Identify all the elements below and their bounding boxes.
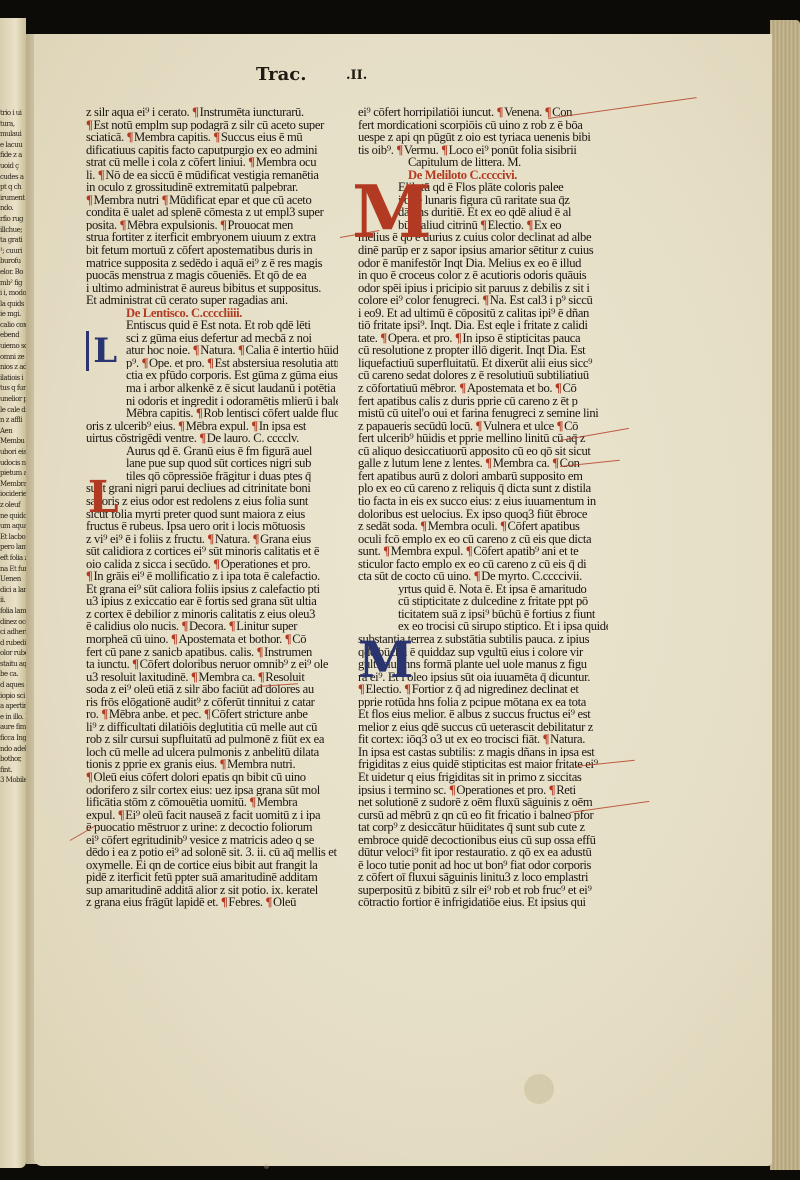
pilcrow-icon: ¶ xyxy=(258,671,264,684)
text-line: i eo9. Et ad ultimū ē cōpositū z calitas… xyxy=(358,307,608,320)
facing-page-fragment: calio cox xyxy=(0,320,26,331)
facing-page-fragment: 3 Mobilez xyxy=(0,775,26,786)
pilcrow-icon: ¶ xyxy=(192,106,198,119)
pilcrow-icon: ¶ xyxy=(178,420,184,433)
text-line: in quo ē croceus color z ē acutioris odo… xyxy=(358,269,608,282)
text-line: In ipsa est castas subtilis: z magis dña… xyxy=(358,746,608,759)
pilcrow-icon: ¶ xyxy=(557,420,563,433)
text-line: z cortex ē debilior z minoris calitatis … xyxy=(86,608,338,621)
pilcrow-icon: ¶ xyxy=(474,570,480,583)
pilcrow-icon: ¶ xyxy=(257,646,263,659)
text-line: u3 resoluit laxitudinē. ¶Membra ca. ¶Res… xyxy=(86,671,338,684)
text-line: Et administrat cū cerato super ragadias … xyxy=(86,294,338,307)
text-line: embroce quidē decoctionibus eius cū sup … xyxy=(358,834,608,847)
text-line: z cōfortatiuū mēbror. ¶Apostemata et bo.… xyxy=(358,382,608,395)
pilcrow-icon: ¶ xyxy=(396,144,402,157)
initial-M-meliloto: M xyxy=(352,169,396,255)
pilcrow-icon: ¶ xyxy=(383,545,389,558)
text-line: morpheā cū uino. ¶Apostemata et bothor. … xyxy=(86,633,338,646)
text-line: z grana eius frāgūt lapidē et. ¶Febres. … xyxy=(86,896,338,909)
text-line: tis oib⁹. ¶Vermu. ¶Loco ei⁹ ponūt folia … xyxy=(358,144,608,157)
text-line: ¶Oleū eius cōfert dolori epatis qn bibit… xyxy=(86,771,338,784)
facing-page-fragment: folia lam xyxy=(0,606,26,617)
facing-page-fragment: uiemo sq xyxy=(0,341,26,352)
facing-page-fragment: le cale di xyxy=(0,405,26,416)
text-line: ticitatem suā z ipsi⁹ būchū ē fortius z … xyxy=(358,608,608,621)
text-line: ē puocatio mēstruor z urine: z decoctio … xyxy=(86,821,338,834)
text-line: expul. ¶Ei⁹ oleū facit nauseā z facit uo… xyxy=(86,809,338,822)
pilcrow-icon: ¶ xyxy=(221,896,227,909)
stain-spot xyxy=(524,1074,554,1104)
text-line: fert apatibus calis z duris pprie cū car… xyxy=(358,395,608,408)
text-line: in oculo z grossitudinē extremitatū palp… xyxy=(86,181,338,194)
text-line: ¶Membra nutri ¶Mūdificat epar et que cū … xyxy=(86,194,338,207)
text-line: melior z eius qdē succus cū ueterascit d… xyxy=(358,721,608,734)
pilcrow-icon: ¶ xyxy=(86,194,92,207)
facing-page-fragment: unelior p xyxy=(0,394,26,405)
text-line: loch cū melle ad ulcera pulmonis z anbel… xyxy=(86,746,338,759)
facing-page-fragment: ii. xyxy=(0,595,26,606)
facing-page-fragment: aure fim xyxy=(0,722,26,733)
facing-page-fragment: fint. xyxy=(0,765,26,776)
text-line: ma i arbor alkenkē z ē sicut laudanū i p… xyxy=(86,382,338,395)
facing-page-fragment: ndo. xyxy=(0,203,26,214)
text-line: ipsius i termino sc. ¶Operationes et pro… xyxy=(358,784,608,797)
facing-page-fragment: d rubedin xyxy=(0,638,26,649)
text-line: puocās menstrua z magis cōueniēs. Et qō … xyxy=(86,269,338,282)
text-line: z sedāt soda. ¶Membra oculi. ¶Cōfert apa… xyxy=(358,520,608,533)
text-line: rob z silr cursui supfluitatū ad pulmonē… xyxy=(86,733,338,746)
pilcrow-icon: ¶ xyxy=(132,658,138,671)
facing-page-fragment: la quids xyxy=(0,299,26,310)
facing-page-fragment: ficca Inge xyxy=(0,733,26,744)
facing-page-fragment: fide z a xyxy=(0,150,26,161)
facing-page-fragment: eft folia z xyxy=(0,553,26,564)
pilcrow-icon: ¶ xyxy=(118,809,124,822)
text-line: ctia ex pfūdo corporis. Est gūma z gūma … xyxy=(86,369,338,382)
text-line: posita. ¶Mēbra expulsionis. ¶Prouocat me… xyxy=(86,219,338,232)
facing-page-fragment: ne quidon xyxy=(0,511,26,522)
pilcrow-icon: ¶ xyxy=(420,520,426,533)
facing-page-fragment: na Et fur xyxy=(0,564,26,575)
pilcrow-icon: ¶ xyxy=(127,131,133,144)
facing-page-fragment: illchue; xyxy=(0,225,26,236)
pilcrow-icon: ¶ xyxy=(142,357,148,370)
facing-page-fragment: mulaui xyxy=(0,129,26,140)
pilcrow-icon: ¶ xyxy=(86,570,92,583)
text-line: sup amaritudinē additā alior z sit potio… xyxy=(86,884,338,897)
running-title: Trac. xyxy=(256,64,306,85)
facing-page-fragment: um aqua xyxy=(0,521,26,532)
pilcrow-icon: ¶ xyxy=(549,784,555,797)
facing-page-fragment: a apertin xyxy=(0,701,26,712)
text-line: superpositū z bibitū z silr ei⁹ rob et r… xyxy=(358,884,608,897)
text-line: Aurus qd ē. Granū eius ē fm figurā auel xyxy=(86,445,338,458)
initial-L-lentisco: L xyxy=(86,331,121,371)
pilcrow-icon: ¶ xyxy=(248,156,254,169)
pilcrow-icon: ¶ xyxy=(459,382,465,395)
text-line: plo ex eo cū careno z reliquis q̄ dicta … xyxy=(358,482,608,495)
text-line: dēdo i ea z potio ei⁹ ad solonē sit. 3. … xyxy=(86,846,338,859)
text-line: tate. ¶Opera. et pro. ¶In ipso ē stiptic… xyxy=(358,332,608,345)
facing-page-fragment: ci adheri xyxy=(0,627,26,638)
text-line: z cōfert oī fluxui sāguinis linitu3 z lo… xyxy=(358,871,608,884)
pilcrow-icon: ¶ xyxy=(181,620,187,633)
facing-page-fragment: olor ruber xyxy=(0,648,26,659)
text-line: uespe z api qn pūgūt z oio est tyriaca u… xyxy=(358,131,608,144)
text-line: condita ē ualet ad splenē cōmesta z ut e… xyxy=(86,206,338,219)
text-line: li⁹ z difficultati dilatiōis deglutitia … xyxy=(86,721,338,734)
text-line: sunt grani nigri parui decliues ad citri… xyxy=(86,482,338,495)
pilcrow-icon: ¶ xyxy=(441,144,447,157)
text-line: cū aliquo desiccatiuorū apposito cū eo q… xyxy=(358,445,608,458)
left-page-text-fragments: trio i uitura,mulauie lacuufide z auoid … xyxy=(0,108,26,786)
text-line: fructus ē rubeus. Ipsa uero orit i locis… xyxy=(86,520,338,533)
text-line: doloribus est uelocius. Ex ipso quoq3 fi… xyxy=(358,508,608,521)
text-line: lificātia stōm z cōmouētia uomitū. ¶Memb… xyxy=(86,796,338,809)
text-line: sūt calidiora z cortices ei⁹ sūt minoris… xyxy=(86,545,338,558)
text-line: matrice supposita z sedēdo i aquā ei⁹ z … xyxy=(86,257,338,270)
text-line: ¶Est notū emplm sup podagrā z silr cū ac… xyxy=(86,119,338,132)
facing-page-fragment: Membra a xyxy=(0,479,26,490)
facing-page-fragment: irument xyxy=(0,193,26,204)
pilcrow-icon: ¶ xyxy=(455,332,461,345)
facing-page-fragment: tura, xyxy=(0,119,26,130)
text-line: i ultimo administrat ē aureus bibitus et… xyxy=(86,282,338,295)
text-line: ¶In grāis ei⁹ ē mollificatio z i ipa tot… xyxy=(86,570,338,583)
text-line: Mēbra capitis. ¶Rob lentisci cōfert uald… xyxy=(86,407,338,420)
pilcrow-icon: ¶ xyxy=(485,457,491,470)
text-line: cursū ad mēbrū z qn cū eo fit fricatio i… xyxy=(358,809,608,822)
pilcrow-icon: ¶ xyxy=(162,194,168,207)
pilcrow-icon: ¶ xyxy=(101,708,107,721)
text-line: pprie rotūda hns folia z pcipue mōtana e… xyxy=(358,696,608,709)
text-line: liquefactiuū superfluitatū. Et dixerūt a… xyxy=(358,357,608,370)
facing-page-fragment: d aques be xyxy=(0,680,26,691)
pilcrow-icon: ¶ xyxy=(266,896,272,909)
facing-page-fragment: ilatiois i xyxy=(0,373,26,384)
text-line: sticulor facto emplo ex eo cū careno z c… xyxy=(358,558,608,571)
running-header: Trac. .II. xyxy=(256,64,306,85)
initial-M-myrto: M xyxy=(358,631,396,689)
text-line: dificatiuus capitis facto caputpurgio ex… xyxy=(86,144,338,157)
text-line: fit cortex: iōq3 o3 ut ex eo trocisci fi… xyxy=(358,733,608,746)
pilcrow-icon: ¶ xyxy=(229,620,235,633)
facing-page-fragment: dici a lam xyxy=(0,585,26,596)
text-line: ei⁹ cōfert horripilatiōi iuncut. ¶Venena… xyxy=(358,106,608,119)
text-line: tiō fritate ipsi⁹. Inqt. Dia. Est eqle i… xyxy=(358,319,608,332)
left-column-top-block: z silr aqua ei⁹ i cerato. ¶Instrumēta iu… xyxy=(86,106,338,307)
pilcrow-icon: ¶ xyxy=(213,131,219,144)
foxing-spot xyxy=(264,1164,269,1169)
text-line: odor spēi ipius i pricipio sit paruus z … xyxy=(358,282,608,295)
initial-L-lauro: L xyxy=(86,469,120,527)
text-line: lane pue sup quod sūt cortices nigri sub xyxy=(86,457,338,470)
text-line: saporis z eius odor est redolens z eius … xyxy=(86,495,338,508)
section-number: .II. xyxy=(346,68,367,83)
pilcrow-icon: ¶ xyxy=(497,106,503,119)
pilcrow-icon: ¶ xyxy=(213,558,219,571)
text-line: mistū cū uitel'o oui et farina fenugreci… xyxy=(358,407,608,420)
text-line: ē calidius olo nucis. ¶Decora. ¶Linitur … xyxy=(86,620,338,633)
facing-page-fragment: cudes a xyxy=(0,172,26,183)
text-line: u3 ipius z exiccatio ear ē fortis sed gr… xyxy=(86,595,338,608)
pilcrow-icon: ¶ xyxy=(480,219,486,232)
text-line: fert mordicationi scorpiōis cū uino z ro… xyxy=(358,119,608,132)
pilcrow-icon: ¶ xyxy=(207,357,213,370)
facing-page-fragment: nios z adi xyxy=(0,362,26,373)
facing-page-fragment: pero lam xyxy=(0,542,26,553)
facing-page-fragment: z oleuf xyxy=(0,500,26,511)
facing-page-fragment: burofu xyxy=(0,256,26,267)
text-line: oris z ulcerib⁹ eius. ¶Mēbra expul. ¶In … xyxy=(86,420,338,433)
left-text-column: z silr aqua ei⁹ i cerato. ¶Instrumēta iu… xyxy=(86,106,338,909)
pilcrow-icon: ¶ xyxy=(238,344,244,357)
text-line: cta sūt de cocto cū uino. ¶De myrto. C.c… xyxy=(358,570,608,583)
facing-page-fragment: ndo adel xyxy=(0,744,26,755)
pilcrow-icon: ¶ xyxy=(120,219,126,232)
text-line: ei⁹ cōfert egritudinib⁹ vesice z matrici… xyxy=(86,834,338,847)
facing-page-fragment: iociderie xyxy=(0,489,26,500)
chapter-heading: Capitulum de littera. M. xyxy=(358,156,608,169)
text-line: strua fortiter z iterficit embryonem uiu… xyxy=(86,231,338,244)
facing-page-fragment: udocis n xyxy=(0,458,26,469)
facing-page-fragment: e lacuu xyxy=(0,140,26,151)
pilcrow-icon: ¶ xyxy=(555,382,561,395)
text-line: li. ¶Nō de ea siccū ē mūdificat vestigia… xyxy=(86,169,338,182)
pilcrow-icon: ¶ xyxy=(251,420,257,433)
text-line: ta iunctu. ¶Cōfert doloribus neruor omni… xyxy=(86,658,338,671)
pilcrow-icon: ¶ xyxy=(193,344,199,357)
text-line: sci z gūma eius defertur ad mecbā z noi xyxy=(86,332,338,345)
text-line: tionis z pprie ex granis eius. ¶Membra n… xyxy=(86,758,338,771)
text-line: yrtus quid ē. Nota ē. Et ipsa ē amaritud… xyxy=(358,583,608,596)
pilcrow-icon: ¶ xyxy=(449,784,455,797)
facing-page-fragment: uoid ç xyxy=(0,161,26,172)
text-line: cū stipticitate z dulcedine z fritate pp… xyxy=(358,595,608,608)
facing-page-fragment: elor. Bo xyxy=(0,267,26,278)
facing-page-fragment: e in illo. Et xyxy=(0,712,26,723)
facing-page-fragment: Et lacbo xyxy=(0,532,26,543)
text-line: sunt. ¶Membra expul. ¶Cōfert apatib⁹ ani… xyxy=(358,545,608,558)
text-line: Entiscus quid ē Est nota. Et rob qdē lēt… xyxy=(86,319,338,332)
text-line: frigiditas z eius quidē stipticitas est … xyxy=(358,758,608,771)
facing-page-fragment: rfio rug xyxy=(0,214,26,225)
text-line: ē loco tutie ponit ad hoc ut bon⁹ fiat o… xyxy=(358,859,608,872)
text-line: tio facta in eis ex succo eius: z eius i… xyxy=(358,495,608,508)
text-line: odor ē manifestōr Inqt Dia. Melius ex eo… xyxy=(358,257,608,270)
pilcrow-icon: ¶ xyxy=(500,520,506,533)
text-line: tiles qō cōpressiōe frāgitur i duas ptes… xyxy=(86,470,338,483)
pilcrow-icon: ¶ xyxy=(196,407,202,420)
text-line: galle z lutum lene z lentes. ¶Membra ca.… xyxy=(358,457,608,470)
facing-page-fragment: ebend xyxy=(0,330,26,341)
heading-lentisco: De Lentisco. C.ccccliiii. xyxy=(86,307,338,320)
pilcrow-icon: ¶ xyxy=(204,708,210,721)
text-line: p⁹. ¶Ope. et pro. ¶Est abstersiua resolu… xyxy=(86,357,338,370)
text-line: odorifero z silr cortex eius: uez ipsa g… xyxy=(86,784,338,797)
pilcrow-icon: ¶ xyxy=(552,457,558,470)
facing-page-fragment: ubori eis xyxy=(0,447,26,458)
facing-page-fragment: trio i ui xyxy=(0,108,26,119)
text-line: dūtur veloci⁹ fit ipor restauratio. z qō… xyxy=(358,846,608,859)
right-column-top-block: ei⁹ cōfert horripilatiōi iuncut. ¶Venena… xyxy=(358,106,608,156)
text-line: ro. ¶Mēbra anbe. et pec. ¶Cōfert strictu… xyxy=(86,708,338,721)
pilcrow-icon: ¶ xyxy=(543,733,549,746)
pilcrow-icon: ¶ xyxy=(98,169,104,182)
text-line: strat cū melle i cola z cōfert liniui. ¶… xyxy=(86,156,338,169)
text-line: z silr aqua ei⁹ i cerato. ¶Instrumēta iu… xyxy=(86,106,338,119)
text-line: Et grana ei⁹ sūt caliora foliis ipsius z… xyxy=(86,583,338,596)
pilcrow-icon: ¶ xyxy=(476,420,482,433)
lauro-section: Aurus qd ē. Granū eius ē fm figurā auell… xyxy=(86,445,338,909)
facing-page-fragment: dinez ocd xyxy=(0,617,26,628)
facing-page-fragment: iopio sci xyxy=(0,691,26,702)
facing-left-page: trio i uitura,mulauie lacuufide z auoid … xyxy=(0,18,26,1168)
text-line: z papaueris secūdū locū. ¶Vulnera et ulc… xyxy=(358,420,608,433)
pilcrow-icon: ¶ xyxy=(285,633,291,646)
text-line: oio calida z sicca i secūdo. ¶Operatione… xyxy=(86,558,338,571)
text-line: sicut folia myrti preter quod sunt maior… xyxy=(86,508,338,521)
pilcrow-icon: ¶ xyxy=(526,219,532,232)
pilcrow-icon: ¶ xyxy=(466,545,472,558)
pilcrow-icon: ¶ xyxy=(171,633,177,646)
text-line: cū careno sedat dolores z ē resolutiuū s… xyxy=(358,369,608,382)
pilcrow-icon: ¶ xyxy=(380,332,386,345)
text-line: oculi fcō emplo ex eo cū careno z cū eis… xyxy=(358,533,608,546)
facing-page-fragment: Uenen xyxy=(0,574,26,585)
facing-page-fragment: n z affli xyxy=(0,415,26,426)
facing-page-fragment: Membu xyxy=(0,436,26,447)
pilcrow-icon: ¶ xyxy=(220,758,226,771)
text-line: bit fetum mortuū z cōfert apostematibus … xyxy=(86,244,338,257)
text-line: atur hoc noie. ¶Natura. ¶Calia ē interti… xyxy=(86,344,338,357)
pilcrow-icon: ¶ xyxy=(86,771,92,784)
facing-page-fragment: be ca. xyxy=(0,669,26,680)
pilcrow-icon: ¶ xyxy=(86,119,92,132)
text-line: ris frōs elōgationē audit⁹ z cōferūt tin… xyxy=(86,696,338,709)
facing-page-fragment: staitu aqu xyxy=(0,659,26,670)
text-line: soda z ei⁹ oleū etiā z silr ābo faciūt a… xyxy=(86,683,338,696)
pilcrow-icon: ¶ xyxy=(199,432,205,445)
facing-page-fragment: Aen xyxy=(0,426,26,437)
right-text-column: ei⁹ cōfert horripilatiōi iuncut. ¶Venena… xyxy=(358,106,608,909)
text-line: pidē z iterficit fetū ppter suā amaritud… xyxy=(86,871,338,884)
text-line: ni odoris et ingredit i odoramētis mlier… xyxy=(86,395,338,408)
facing-page-fragment: pietum a xyxy=(0,468,26,479)
pilcrow-icon: ¶ xyxy=(253,533,259,546)
facing-page-fragment: tus q fur xyxy=(0,383,26,394)
text-line: Et uidetur q eius frigiditas sit in prim… xyxy=(358,771,608,784)
pilcrow-icon: ¶ xyxy=(482,294,488,307)
pilcrow-icon: ¶ xyxy=(249,796,255,809)
pilcrow-icon: ¶ xyxy=(191,671,197,684)
text-line: colore ei⁹ color fenugreci. ¶Na. Est cal… xyxy=(358,294,608,307)
pilcrow-icon: ¶ xyxy=(220,219,226,232)
facing-page-fragment: ie mgi. xyxy=(0,309,26,320)
facing-page-fragment: pt q ch xyxy=(0,182,26,193)
facing-page-fragment: mb² fig xyxy=(0,278,26,289)
text-line: Et flos eius melior. ē albus z succus fr… xyxy=(358,708,608,721)
text-line: uirtus cōstrigēdi ventre. ¶De lauro. C. … xyxy=(86,432,338,445)
facing-page-fragment: omni ze xyxy=(0,352,26,363)
facing-page-fragment: bothor, xyxy=(0,754,26,765)
text-line: sciaticā. ¶Membra capitis. ¶Succus eius … xyxy=(86,131,338,144)
text-line: fert cū pane z sanicb apatibus. calis. ¶… xyxy=(86,646,338,659)
text-line: oxymelle. Ei qn de cortice eius bibit au… xyxy=(86,859,338,872)
page-fore-edge xyxy=(770,20,800,1170)
pilcrow-icon: ¶ xyxy=(207,533,213,546)
text-line: cū resolutione z propter illō digerit. I… xyxy=(358,344,608,357)
text-line: z vi⁹ ei⁹ ē i foliis z fructu. ¶Natura. … xyxy=(86,533,338,546)
facing-page-fragment: ta grati xyxy=(0,235,26,246)
lentisco-section: Entiscus quid ē Est nota. Et rob qdē lēt… xyxy=(86,319,338,444)
facing-page-fragment: i i, modo xyxy=(0,288,26,299)
text-line: cōtractio fortior ē infrigidatiōe eius. … xyxy=(358,896,608,909)
text-line: net solutionē z sudorē z oēm fluxū sāgui… xyxy=(358,796,608,809)
text-line: tat corp⁹ z desiccātur hūiditates q̄ sun… xyxy=(358,821,608,834)
facing-page-fragment: ¹; cuuri xyxy=(0,246,26,257)
text-line: fert apatibus aurū z dolori ambarū suppo… xyxy=(358,470,608,483)
